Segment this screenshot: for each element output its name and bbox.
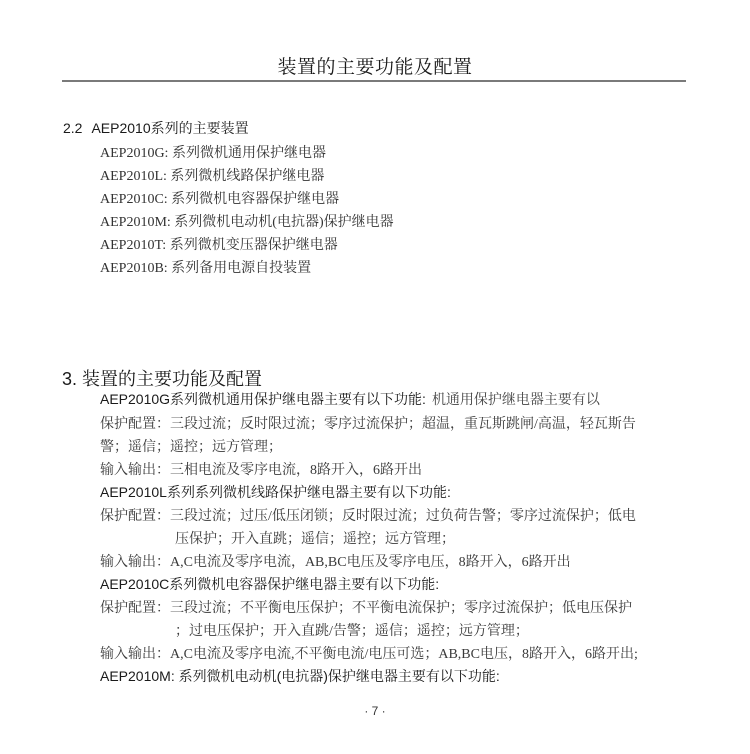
section-number: 2.2: [63, 120, 82, 136]
protection-config-g-line1: 保护配置：三段过流；反时限过流；零序过流保护；超温，重瓦斯跳闸/高温，轻瓦斯告: [100, 413, 636, 433]
section-2-2-heading: 2.2AEP2010系列的主要装置: [63, 118, 249, 138]
feature-heading-extra: 机通用保护继电器主要有以: [432, 393, 600, 408]
protection-config-l-line1: 保护配置：三段过流；过压/低压闭锁；反时限过流；过负荷告警；零序过流保护；低电: [100, 505, 636, 525]
feature-heading-g: AEP2010G系列微机通用保护继电器主要有以下功能:机通用保护继电器主要有以: [100, 389, 600, 409]
device-item: AEP2010T: 系列微机变压器保护继电器: [100, 234, 338, 254]
device-item: AEP2010B: 系列备用电源自投装置: [100, 257, 311, 277]
feature-heading-l: AEP2010L系列系列微机线路保护继电器主要有以下功能:: [100, 482, 451, 502]
page-header-title: 装置的主要功能及配置: [0, 52, 750, 79]
section-title: AEP2010系列的主要装置: [91, 120, 248, 136]
io-config-c: 输入输出：A,C电流及零序电流,不平衡电流/电压可选；AB,BC电压，8路开入，…: [100, 643, 638, 663]
protection-config-c-line1: 保护配置：三段过流；不平衡电压保护；不平衡电流保护；零序过流保护；低电压保护: [100, 597, 632, 617]
io-config-l: 输入输出：A,C电流及零序电流，AB,BC电压及零序电压，8路开入，6路开出: [100, 551, 571, 571]
io-config-g: 输入输出：三相电流及零序电流，8路开入，6路开出: [100, 459, 422, 479]
feature-heading-c: AEP2010C系列微机电容器保护继电器主要有以下功能:: [100, 574, 439, 594]
page-number: · 7 ·: [0, 704, 750, 718]
device-item: AEP2010L: 系列微机线路保护继电器: [100, 165, 324, 185]
device-item: AEP2010M: 系列微机电动机(电抗器)保护继电器: [100, 211, 394, 231]
feature-heading-text: AEP2010G系列微机通用保护继电器主要有以下功能:: [100, 391, 426, 407]
protection-config-c-line2: ；过电压保护；开入直跳/告警；遥信；遥控；远方管理；: [175, 620, 529, 640]
protection-config-g-line2: 警；遥信；遥控；远方管理；: [100, 436, 282, 456]
device-item: AEP2010C: 系列微机电容器保护继电器: [100, 188, 339, 208]
section-3-heading: 3. 装置的主要功能及配置: [62, 365, 262, 391]
device-item: AEP2010G: 系列微机通用保护继电器: [100, 142, 326, 162]
feature-heading-m: AEP2010M: 系列微机电动机(电抗器)保护继电器主要有以下功能:: [100, 666, 500, 686]
protection-config-l-line2: 压保护；开入直跳；遥信；遥控；远方管理；: [175, 528, 455, 548]
header-divider: [62, 80, 686, 82]
